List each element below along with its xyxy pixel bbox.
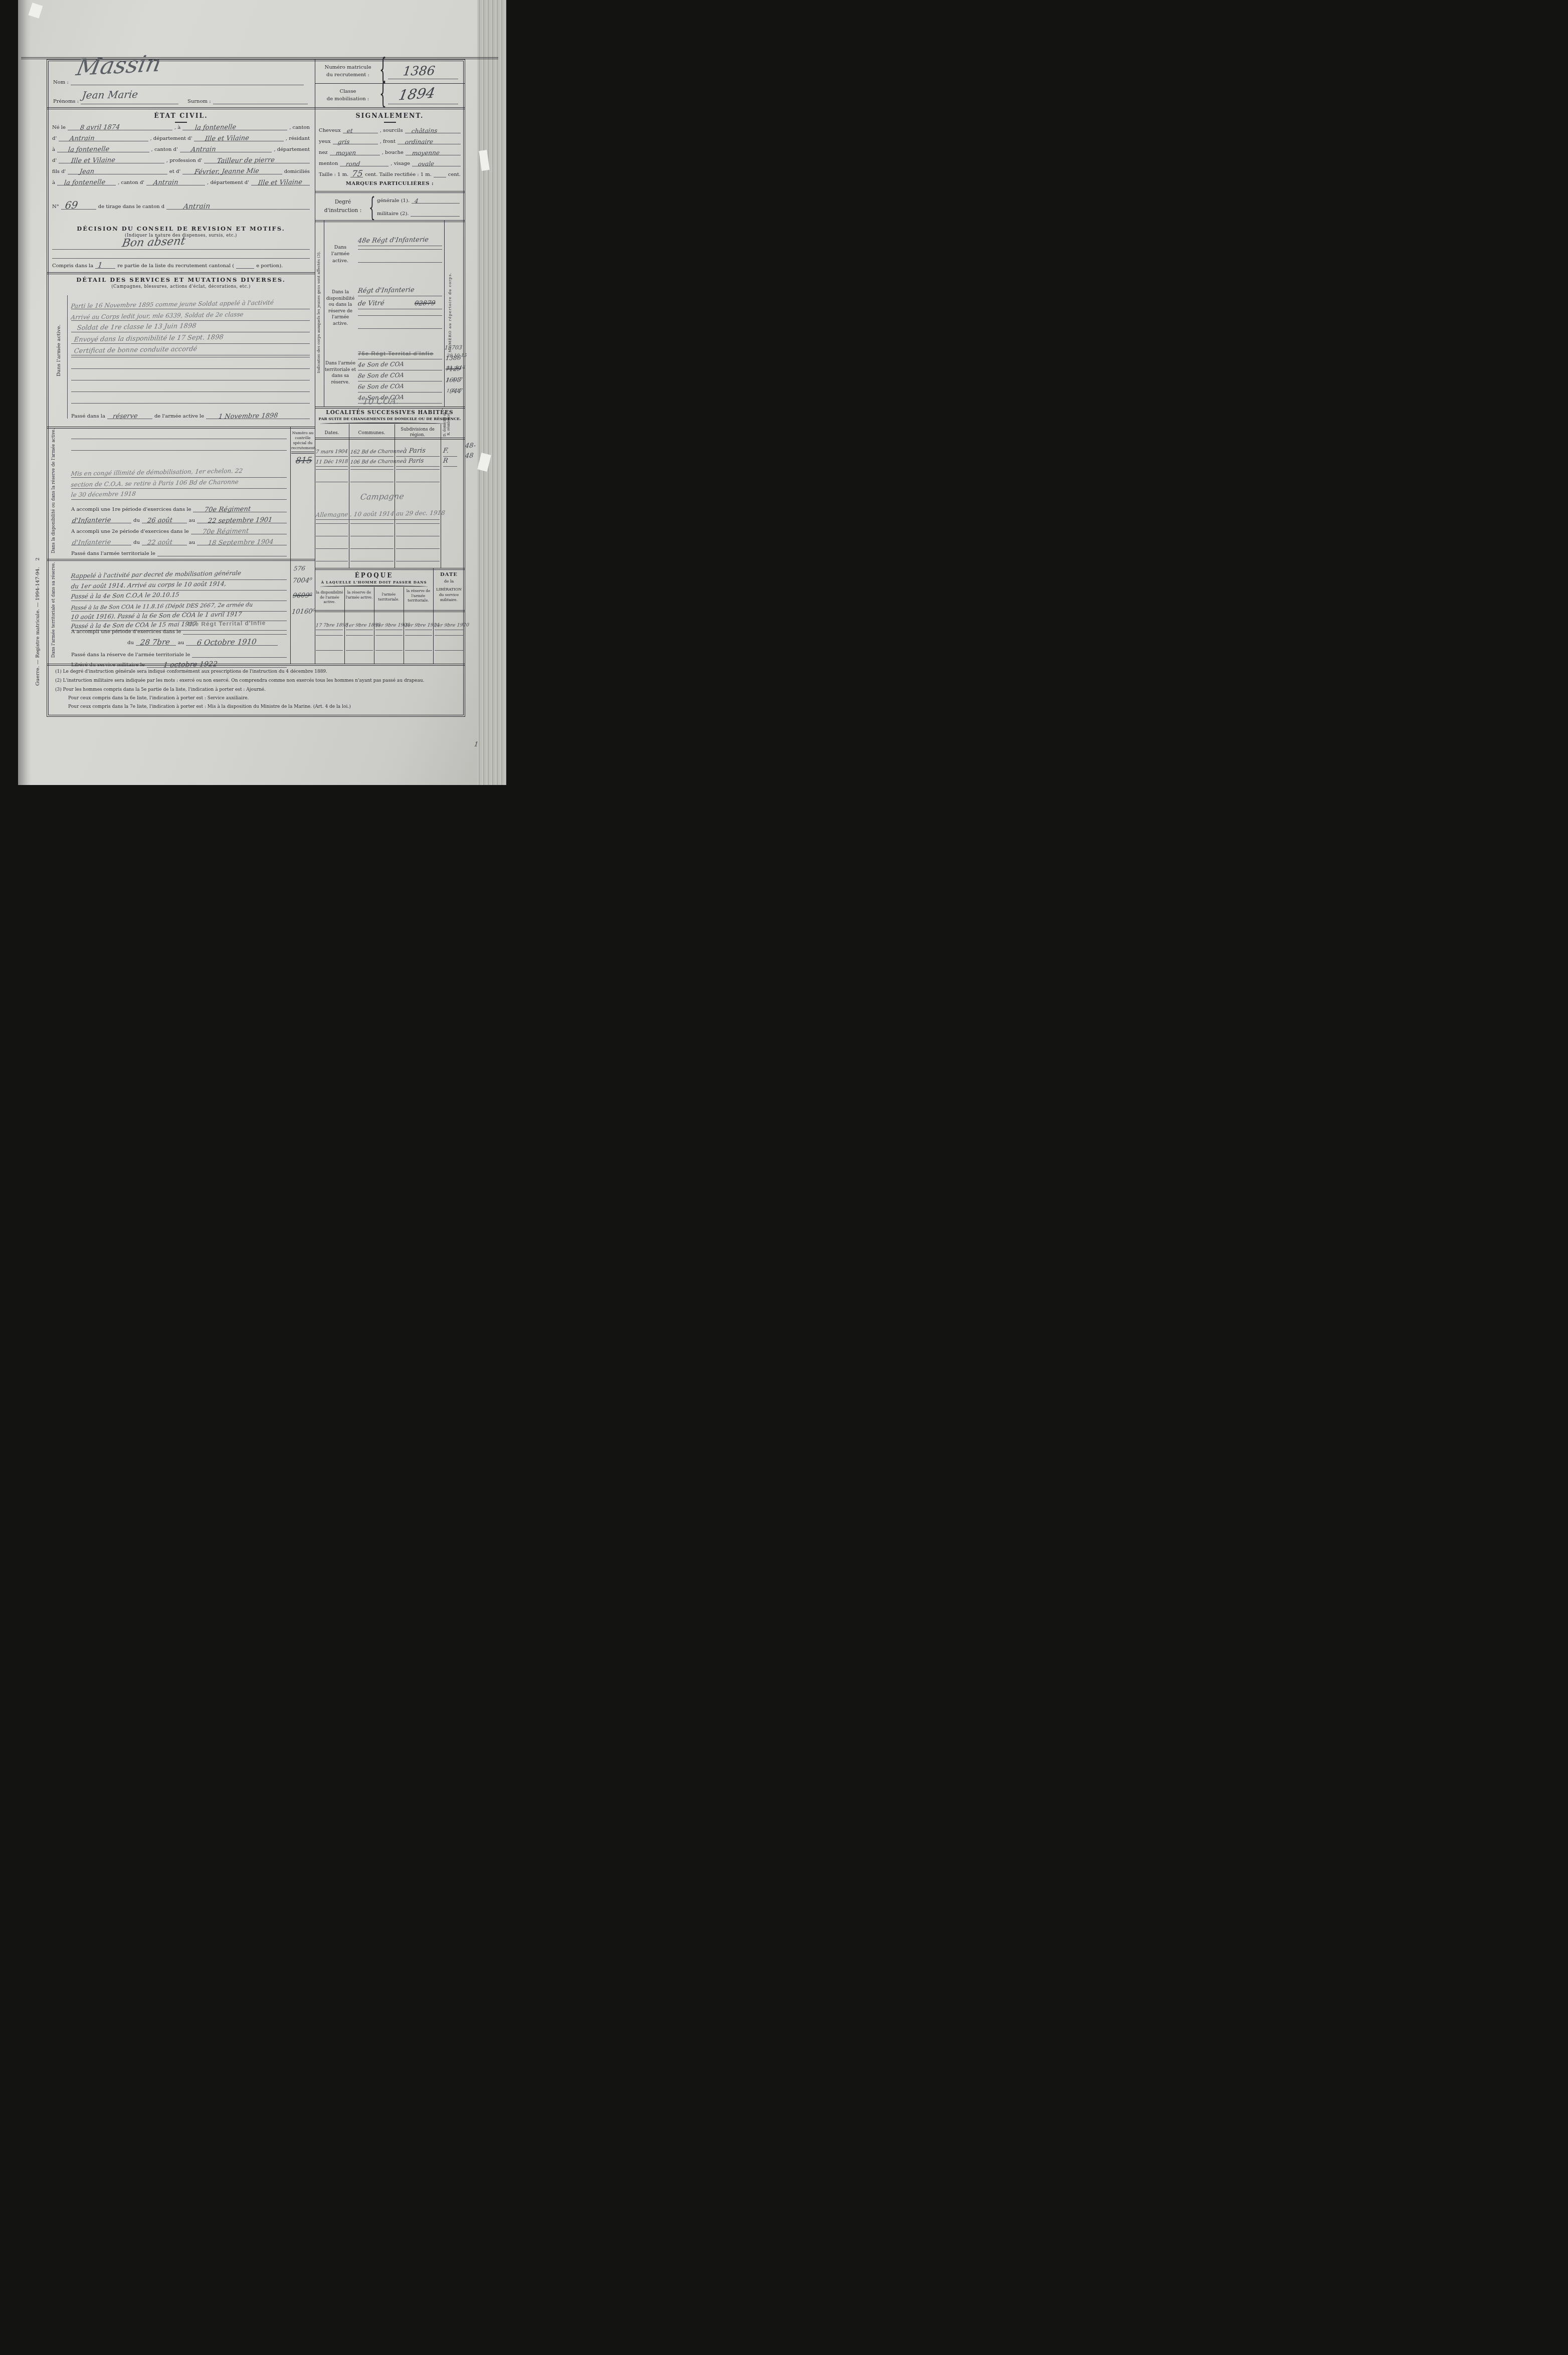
epoque-empty xyxy=(316,650,343,651)
epoque-empty xyxy=(405,650,432,651)
localites-dr: F. xyxy=(443,447,449,455)
periode2-line2: d'Infanterie du 22 août au 18 Septembre … xyxy=(71,538,287,545)
services-top-rule xyxy=(47,272,315,274)
matricule-classe-divider xyxy=(315,83,465,84)
corps-dispo-value2: de Vitré xyxy=(357,300,385,308)
footnotes-top-rule xyxy=(47,664,465,666)
corps-active-label: Dans l'armée active. xyxy=(326,244,355,264)
signalement-row-menton: menton rond , visage ovale xyxy=(319,159,461,166)
dispo-empty-line xyxy=(71,450,287,451)
services-empty-line xyxy=(71,403,310,404)
territorial-margin-number: 576 xyxy=(293,565,306,572)
corps-terr-stamp: 76e Régt Territal d'Infie xyxy=(358,351,434,357)
territorial-margin-number: 9609⁰ xyxy=(292,592,312,600)
signalement-row-yeux: yeux gris , front ordinaire xyxy=(319,137,461,144)
classe-underline xyxy=(388,104,458,104)
localites-empty xyxy=(350,469,394,470)
localites-empty xyxy=(396,469,440,470)
epoque-col-header: l'armée territoriale. xyxy=(374,592,403,602)
ctrl-number-value: 815 xyxy=(295,456,313,466)
epoque-header-rule xyxy=(315,610,465,612)
localites-date: 7 mars 1904 xyxy=(315,449,348,455)
dispo-top-rule xyxy=(47,427,315,429)
corps-terr-date: 20.10.15 xyxy=(446,353,467,359)
services-title: DÉTAIL DES SERVICES ET MUTATIONS DIVERSE… xyxy=(47,276,315,283)
localites-empty xyxy=(350,482,394,482)
corps-active-value: 48e Régt d'Infanterie xyxy=(357,236,429,245)
corps-terr-stamp-number: 15703 xyxy=(444,344,463,351)
corps-active-empty xyxy=(358,262,442,263)
localites-empty xyxy=(396,561,440,561)
epoque-empty xyxy=(375,650,403,651)
campagne-label: Campagne xyxy=(360,491,405,502)
matricule-underline xyxy=(388,79,458,79)
surnom-line: Surnom : xyxy=(187,97,308,104)
marques-label: MARQUES PARTICULIÈRES : xyxy=(315,181,465,186)
ctrl-column-divider xyxy=(290,427,291,664)
localites-empty xyxy=(316,482,348,482)
nom-field xyxy=(71,78,304,85)
epoque-col-header: la réserve de l'armée active. xyxy=(345,590,373,600)
epoque-date-h2: de la xyxy=(433,579,465,583)
epoque-col-header: la disponibilité de l'armée active. xyxy=(315,590,344,605)
classe-label: Classe de mobilisation : xyxy=(320,88,375,103)
demobilisation-note: le 30 décembre 1918 xyxy=(71,490,136,498)
services-entry: Parti le 16 Novembre 1895 comme jeune So… xyxy=(71,299,274,309)
services-empty-line xyxy=(71,380,310,380)
subdivision-number: 48 xyxy=(465,452,474,460)
corps-dispo-empty xyxy=(358,315,442,316)
corps-dispo-number: 02879 xyxy=(414,300,436,308)
epoque-subtitle: À LAQUELLE L'HOMME DOIT PASSER DANS xyxy=(315,580,433,584)
services-entry: Soldat de 1re classe le 13 Juin 1898 xyxy=(77,322,197,332)
campagne-value: Allemagne . 10 août 1914 au 29 dec. 1918 xyxy=(315,509,446,518)
epoque-date-h3: LIBÉRATION du service militaire. xyxy=(434,587,464,603)
localites-empty xyxy=(396,548,440,549)
surnom-label: Surnom : xyxy=(187,99,211,104)
dispo-empty-line xyxy=(71,439,287,439)
epoque-date-h1: DATE xyxy=(433,572,465,577)
services-side-label: Dans l'armée active. xyxy=(56,290,62,411)
footnote-4: Pour ceux compris dans la 6e liste, l'in… xyxy=(68,696,458,701)
localites-commune: 106 Bd de Charonne xyxy=(350,459,403,465)
matricule-value: 1386 xyxy=(402,63,436,78)
spine-caption-number: 2 xyxy=(35,557,41,560)
localites-empty xyxy=(350,548,394,549)
epoque-empty xyxy=(316,635,343,636)
epoque-empty xyxy=(405,635,432,636)
localites-empty xyxy=(396,523,440,524)
ctrl-column-header: Numéro au contrôle spécial du recrutemen… xyxy=(291,431,314,451)
signalement-row-cheveux: Cheveux et , sourcils châtains xyxy=(319,126,461,133)
localites-header-rule xyxy=(315,438,465,440)
territorial-margin-number: 7004⁰ xyxy=(292,577,312,585)
territorial-note: Passé à la 8e Son COA le 11.8.16 (Dépôt … xyxy=(71,602,253,611)
decision-value: Bon absent xyxy=(121,235,186,250)
etat-civil-line4: d' Ille et Vilaine , profession d' Taill… xyxy=(52,156,310,163)
localites-header-subdiv: Subdivisions de région. xyxy=(395,427,441,438)
book-spine-shadow xyxy=(18,0,31,785)
corps-numcol-divider xyxy=(444,220,445,407)
header-bottom-rule xyxy=(47,107,465,109)
corps-terr-unit: 6e Son de COA xyxy=(357,382,405,390)
footnote-3: (3) Pour les hommes compris dans la 5e p… xyxy=(55,687,458,692)
services-empty-line xyxy=(71,357,310,357)
degre-label: Degré d'instruction : xyxy=(320,198,365,215)
epoque-empty xyxy=(346,650,373,651)
localites-header-dr: D. domicile ou R. résidence. xyxy=(443,410,451,438)
territorial-note: 10 août 1916). Passé à la 6e Son de COA … xyxy=(71,611,242,621)
tirage-line: N° 69 de tirage dans le canton d Antrain xyxy=(52,202,310,210)
exercice-line1: A accompli une période d'exercices dans … xyxy=(71,627,287,635)
periode1-line2: d'Infanterie du 26 août au 22 septembre … xyxy=(71,516,287,523)
localites-header-dates: Dates. xyxy=(315,431,349,436)
spine-caption: Guerre. — Registre matricule. — 1994-147… xyxy=(35,531,41,712)
nom-line: Nom : xyxy=(53,78,304,85)
spine-caption-text: Guerre. — Registre matricule. — 1994-147… xyxy=(35,567,41,686)
signalement-row-nez: nez moyen , bouche moyenne xyxy=(319,148,461,155)
nom-label: Nom : xyxy=(53,80,69,85)
territorial-side-label: Dans l'armée territoriale et dans sa rés… xyxy=(51,561,57,659)
dispo-side-label: Dans la disponibilité ou dans la réserve… xyxy=(51,428,57,553)
decision-rule2 xyxy=(52,258,310,259)
prenoms-line: Prénoms : xyxy=(53,97,178,104)
corps-dispo-empty xyxy=(358,328,442,329)
epoque-empty xyxy=(375,635,403,636)
passe-territoriale-line: Passé dans l'armée territoriale le xyxy=(71,549,287,556)
decision-title: DÉCISION DU CONSEIL DE REVISION ET MOTIF… xyxy=(47,225,315,232)
surnom-field xyxy=(213,97,308,104)
localites-empty xyxy=(350,523,394,524)
epoque-date-col-divider xyxy=(433,568,434,664)
corps-dispo-value1: Régt d'Infanterie xyxy=(357,286,415,295)
epoque-title: ÉPOQUE xyxy=(315,572,433,579)
footnote-2: (2) L'instruction militaire sera indiqué… xyxy=(55,678,458,683)
localites-subdiv: à Paris xyxy=(403,457,424,465)
localites-empty xyxy=(350,561,394,561)
corps-terr-unit: 8e Son de COA xyxy=(357,371,405,379)
corps-terr-date: 1. 4.17 xyxy=(446,377,463,383)
localites-subdiv: à Paris xyxy=(403,447,426,455)
demobilisation-note: Mis en congé illimité de démobilisation,… xyxy=(71,467,243,477)
epoque-empty xyxy=(435,650,463,651)
epoque-liberation-value: 1er 9bre 1920 xyxy=(434,622,469,628)
ctrl-column-header-rule xyxy=(291,452,314,454)
localites-header-communes: Communes. xyxy=(349,431,395,436)
localites-empty xyxy=(350,536,394,536)
degre-bottom-rule xyxy=(315,220,465,222)
matricule-label: Numéro matricule du recrutement : xyxy=(320,64,375,79)
corps-terr-date: 1. 5.17 xyxy=(446,388,463,394)
demobilisation-note: section de C.O.A. se retire à Paris 106 … xyxy=(71,478,239,488)
services-empty-line xyxy=(71,368,310,369)
localites-empty xyxy=(316,548,348,549)
corps-side-strip-divider xyxy=(324,220,324,407)
localites-empty xyxy=(316,536,348,536)
localites-date: 11 Déc 1918 xyxy=(315,459,348,465)
territorial-regiment-stamp: 76e Régt Territal d'Infie xyxy=(187,620,266,628)
decision-rule1 xyxy=(52,249,310,250)
degre-brace: { xyxy=(369,191,375,223)
epoque-empty xyxy=(346,635,373,636)
degre-militaire-line: militaire (2). xyxy=(377,209,460,217)
localites-top-rule xyxy=(315,407,465,409)
classe-value: 1894 xyxy=(398,85,437,104)
localites-dr: R xyxy=(443,457,449,465)
localites-brace xyxy=(320,423,445,425)
territorial-top-rule xyxy=(47,559,315,561)
etat-civil-title: ÉTAT CIVIL. xyxy=(47,112,315,119)
signalement-title: SIGNALEMENT. xyxy=(315,112,465,119)
territorial-note: Rappelé à l'activité par decret de mobil… xyxy=(71,569,242,579)
corps-dispo-label: Dans la disponibilité ou dans la réserve… xyxy=(325,289,356,327)
corps-terr-date: 11. 8.16 xyxy=(446,365,466,371)
corps-side-label: Indication des corps auxquels les jeunes… xyxy=(316,220,321,405)
services-subtitle: (Campagnes, blessures, actions d'éclat, … xyxy=(47,284,315,289)
etat-civil-line1: Né le 8 avril 1874 , à la fontenelle , c… xyxy=(52,123,310,130)
etat-civil-line3: à la fontenelle , canton d' Antrain , dé… xyxy=(52,145,310,152)
periode2-line1: A accompli une 2e période d'exercices da… xyxy=(71,527,287,534)
services-side-divider xyxy=(67,295,68,419)
nom-value-signature: Massin xyxy=(74,50,164,81)
periode1-line1: A accompli une 1re période d'exercices d… xyxy=(71,505,287,512)
etat-civil-line2: d' Antrain , département d' Ille et Vila… xyxy=(52,134,310,141)
territorial-note: Passé à la 4e Son C.O.A le 20.10.15 xyxy=(71,591,180,600)
signalement-row-taille: Taille : 1 m. 75 cent. Taille rectifiée … xyxy=(319,170,461,177)
prenoms-field xyxy=(81,97,178,104)
degre-generale-line: générale (1). 4 xyxy=(377,196,460,204)
epoque-value: 17 7bre 1898 xyxy=(315,622,348,628)
corps-terr-unit: 4e Son de COA xyxy=(357,360,405,368)
corps-terr-extra: 10 COA. xyxy=(362,396,400,407)
epoque-col-header: la réserve de l'armée territoriale. xyxy=(404,588,433,603)
page-stack-edges xyxy=(477,0,506,785)
services-empty-line xyxy=(71,391,310,392)
localites-empty xyxy=(316,561,348,561)
territorial-note: du 1er août 1914. Arrivé au corps le 10 … xyxy=(71,580,227,590)
signalement-bottom-rule xyxy=(315,191,465,193)
scanned-register-page: Guerre. — Registre matricule. — 1994-147… xyxy=(0,0,523,785)
localites-empty xyxy=(396,482,440,482)
etat-civil-line5: fils d' Jean et d' Février, Jeanne Mie d… xyxy=(52,167,310,174)
etat-civil-line6: à la fontenelle , canton d' Antrain , dé… xyxy=(52,178,310,185)
compris-line: Compris dans la 1 re partie de la liste … xyxy=(52,261,310,269)
localites-col-divider1 xyxy=(349,424,349,568)
classe-brace: { xyxy=(379,79,386,111)
reserve-active-line: Passé dans la réserve de l'armée active … xyxy=(71,412,310,419)
reserve-territoriale-line: Passé dans la réserve de l'armée territo… xyxy=(71,650,287,658)
territorial-margin-number: 10160⁰ xyxy=(291,608,316,616)
services-entry: Certificat de bonne conduite accordé xyxy=(74,345,198,355)
form-border: Massin Nom : Jean Marie Prénoms : Surnom… xyxy=(47,59,465,717)
corps-terr-label: Dans l'armée territoriale et dans sa rés… xyxy=(325,360,356,385)
footnote-5: Pour ceux compris dans la 7e liste, l'in… xyxy=(68,704,458,709)
epoque-empty xyxy=(435,635,463,636)
epoque-top-rule xyxy=(315,568,465,570)
exercice-line2: du 28 7bre au 6 Octobre 1910 xyxy=(127,638,278,646)
localites-commune: 162 Bd de Charonne xyxy=(350,449,403,455)
signalement-title-rule xyxy=(384,122,396,123)
footnote-1: (1) Le degré d'instruction générale sera… xyxy=(55,669,458,674)
subdivision-number: 48- xyxy=(465,442,476,450)
localites-empty xyxy=(316,523,348,524)
localites-empty xyxy=(316,469,348,470)
localites-col-divider3 xyxy=(441,424,441,568)
services-entry: Arrivé au Corps ledit jour, mle 6339, So… xyxy=(71,311,244,321)
prenoms-label: Prénoms : xyxy=(53,99,79,104)
localites-empty xyxy=(396,536,440,536)
corps-active-empty xyxy=(358,249,442,250)
services-entry: Envoyé dans la disponibilité le 17 Sept.… xyxy=(74,333,224,343)
